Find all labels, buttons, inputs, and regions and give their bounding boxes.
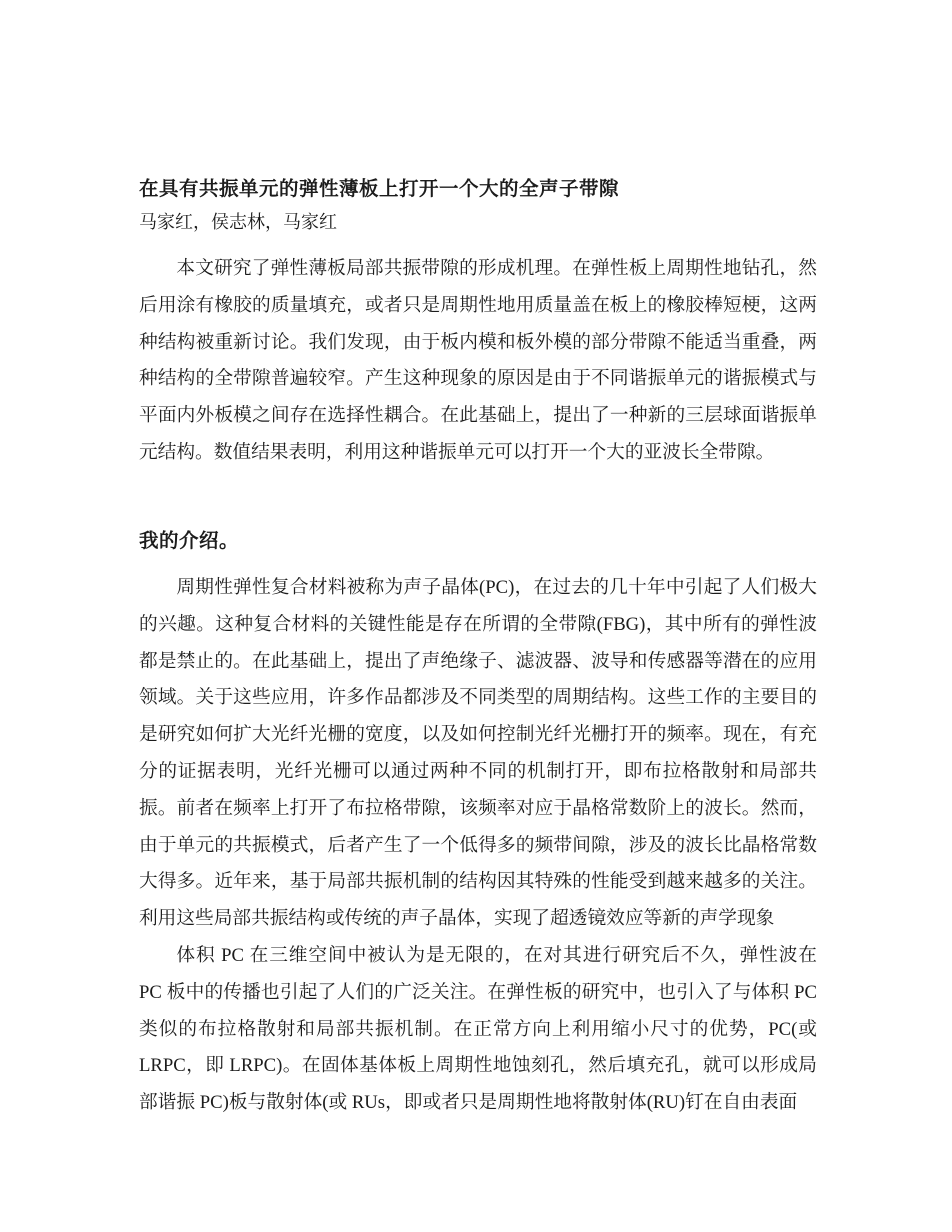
text-line: 大得多。近年来，基于局部共振机制的结构因其特殊的性能受到越来越多的关注。	[139, 864, 817, 901]
text-line: 元结构。数值结果表明，利用这种谐振单元可以打开一个大的亚波长全带隙。	[139, 435, 817, 472]
text-line: 由于单元的共振模式，后者产生了一个低得多的频带间隙，涉及的波长比晶格常数	[139, 828, 817, 865]
document-page: 在具有共振单元的弹性薄板上打开一个大的全声子带隙 马家红，侯志林，马家红 本文研…	[0, 0, 952, 1232]
abstract-paragraph: 本文研究了弹性薄板局部共振带隙的形成机理。在弹性板上周期性地钻孔，然后用涂有橡胶…	[139, 251, 817, 472]
intro-paragraph-2: 体积 PC 在三维空间中被认为是无限的，在对其进行研究后不久，弹性波在PC 板中…	[139, 938, 817, 1122]
text-line: LRPC，即 LRPC)。在固体基体板上周期性地蚀刻孔，然后填充孔，就可以形成局	[139, 1048, 817, 1085]
text-line: 是研究如何扩大光纤光栅的宽度，以及如何控制光纤光栅打开的频率。现在，有充	[139, 717, 817, 754]
intro-paragraph-1: 周期性弹性复合材料被称为声子晶体(PC)，在过去的几十年中引起了人们极大的兴趣。…	[139, 570, 817, 938]
text-line: 种结构被重新讨论。我们发现，由于板内模和板外模的部分带隙不能适当重叠，两	[139, 325, 817, 362]
text-line: 类似的布拉格散射和局部共振机制。在正常方向上利用缩小尺寸的优势，PC(或	[139, 1012, 817, 1049]
section-heading-introduction: 我的介绍。	[139, 527, 239, 557]
text-line: 体积 PC 在三维空间中被认为是无限的，在对其进行研究后不久，弹性波在	[139, 938, 817, 975]
text-line: 振。前者在频率上打开了布拉格带隙，该频率对应于晶格常数阶上的波长。然而，	[139, 791, 817, 828]
paper-authors: 马家红，侯志林，马家红	[139, 207, 825, 237]
text-line: 的兴趣。这种复合材料的关键性能是存在所谓的全带隙(FBG)，其中所有的弹性波	[139, 607, 817, 644]
text-line: 部谐振 PC)板与散射体(或 RUs，即或者只是周期性地将散射体(RU)钉在自由…	[139, 1085, 817, 1122]
text-line: 都是禁止的。在此基础上，提出了声绝缘子、滤波器、波导和传感器等潜在的应用	[139, 644, 817, 681]
text-line: PC 板中的传播也引起了人们的广泛关注。在弹性板的研究中，也引入了与体积 PC	[139, 975, 817, 1012]
paper-title: 在具有共振单元的弹性薄板上打开一个大的全声子带隙	[139, 175, 825, 205]
text-line: 本文研究了弹性薄板局部共振带隙的形成机理。在弹性板上周期性地钻孔，然	[139, 251, 817, 288]
text-line: 种结构的全带隙普遍较窄。产生这种现象的原因是由于不同谐振单元的谐振模式与	[139, 361, 817, 398]
text-line: 领域。关于这些应用，许多作品都涉及不同类型的周期结构。这些工作的主要目的	[139, 680, 817, 717]
text-line: 利用这些局部共振结构或传统的声子晶体，实现了超透镜效应等新的声学现象	[139, 901, 817, 938]
text-line: 周期性弹性复合材料被称为声子晶体(PC)，在过去的几十年中引起了人们极大	[139, 570, 817, 607]
text-line: 分的证据表明，光纤光栅可以通过两种不同的机制打开，即布拉格散射和局部共	[139, 754, 817, 791]
text-line: 后用涂有橡胶的质量填充，或者只是周期性地用质量盖在板上的橡胶棒短梗，这两	[139, 288, 817, 325]
text-line: 平面内外板模之间存在选择性耦合。在此基础上，提出了一种新的三层球面谐振单	[139, 398, 817, 435]
